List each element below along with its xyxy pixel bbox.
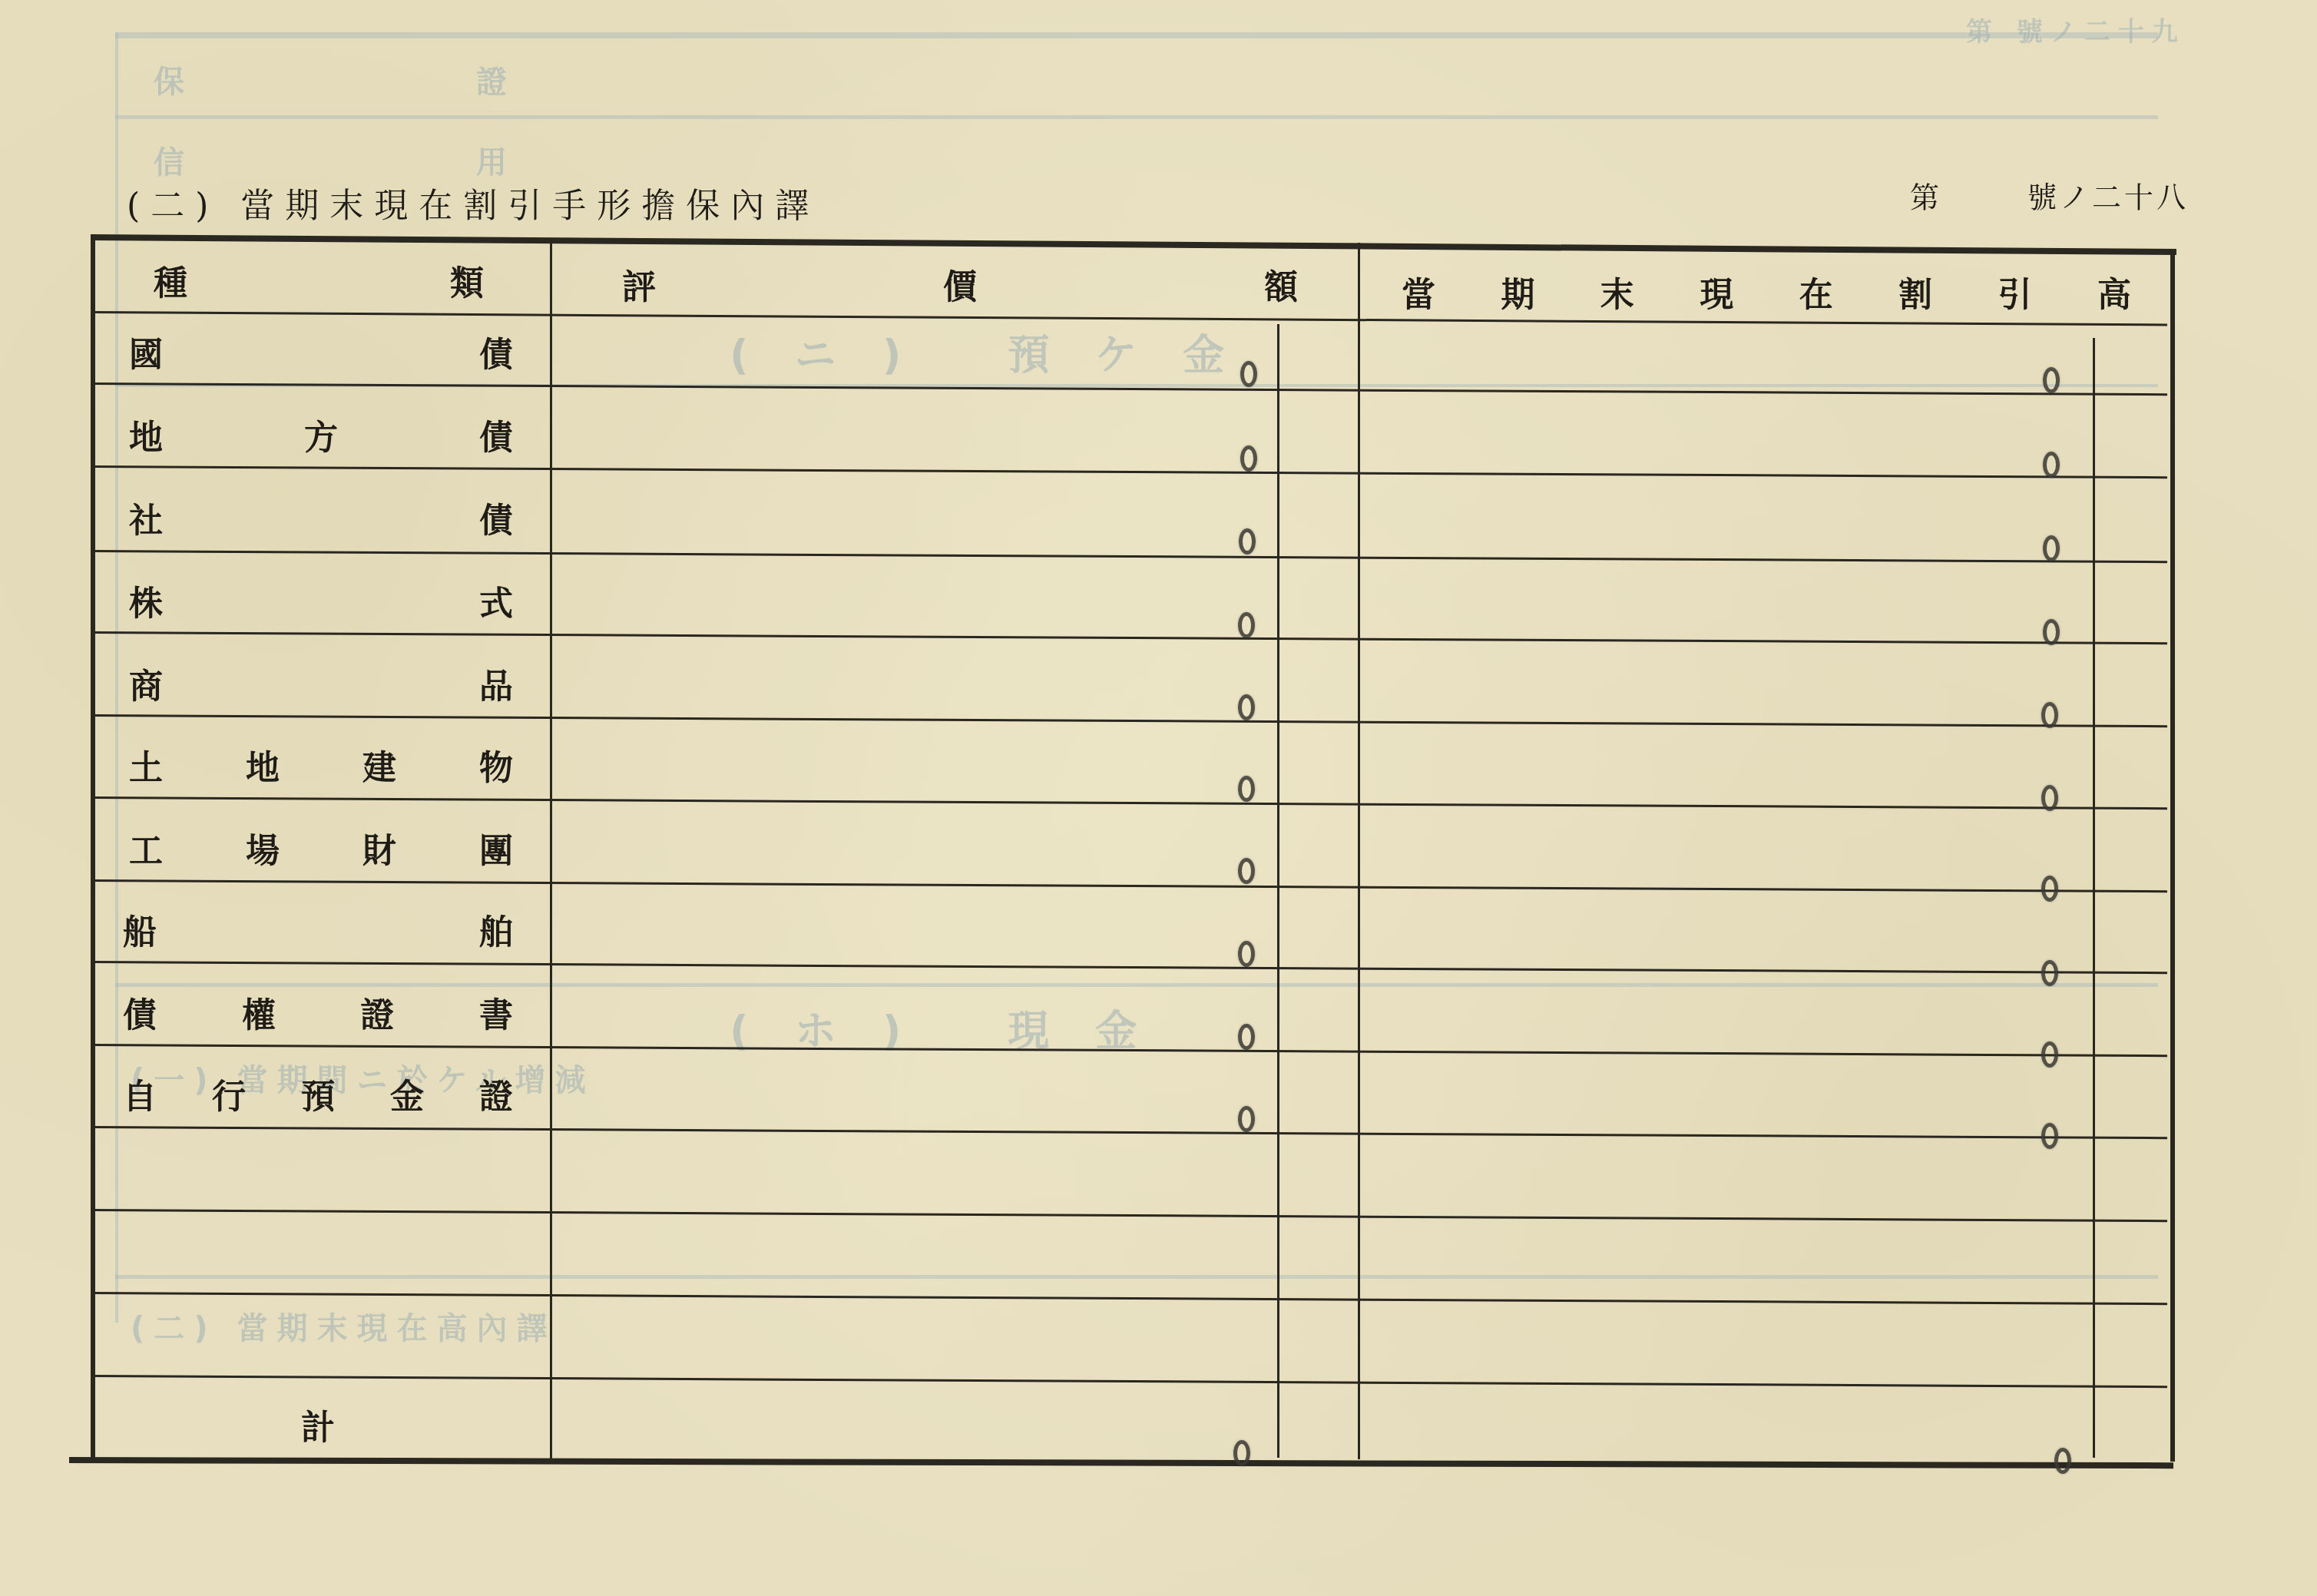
- bleed-through-page-number: 第 號ノ二十九: [1966, 11, 2186, 48]
- valuation-zero-land-buildings: [1238, 776, 1255, 802]
- discount-zero-corporate-bonds: [2043, 535, 2060, 561]
- discount-zero-national-bonds: [2043, 367, 2060, 393]
- row-label-land-buildings: 土地建物: [129, 736, 513, 793]
- label-char: 金: [390, 1069, 424, 1118]
- label-char: 價: [943, 260, 977, 309]
- valuation-zero-national-bonds: [1240, 361, 1257, 387]
- valuation-zero-local-bonds: [1240, 445, 1257, 472]
- label-char: 場: [246, 823, 280, 873]
- discount-zero-stocks: [2043, 619, 2060, 645]
- table-left-border: [91, 234, 95, 1461]
- row-label-local-bonds: 地方債: [129, 406, 513, 463]
- row-label-debt-certificates: 債權證書: [123, 983, 513, 1041]
- row-divider: [94, 1375, 2167, 1388]
- valuation-zero-corporate-bonds: [1239, 528, 1256, 555]
- label-char: 船: [123, 905, 157, 954]
- row-divider: [94, 1126, 2167, 1139]
- label-char: 種: [154, 256, 187, 305]
- column-divider-type: [550, 240, 552, 1459]
- label-char: 引: [1998, 267, 2032, 316]
- column-divider-valuation: [1358, 243, 1360, 1459]
- row-divider: [94, 1292, 2167, 1305]
- label-char: 書: [479, 988, 513, 1037]
- bleed-through-line: [115, 115, 2158, 119]
- label-char: 割: [1898, 267, 1932, 316]
- label-char: 當: [1402, 267, 1435, 316]
- table-right-border: [2170, 250, 2175, 1462]
- valuation-zero-commodities: [1238, 694, 1255, 720]
- valuation-zero-factory-foundation: [1238, 858, 1255, 884]
- subcolumn-divider-valuation: [1277, 324, 1279, 1458]
- row-label-factory-foundation: 工場財團: [129, 819, 513, 876]
- label-char: 評: [622, 260, 656, 309]
- label-char: 現: [1700, 267, 1733, 316]
- header-valuation: 評價額: [622, 257, 1298, 311]
- bleed-through-line: [115, 32, 2158, 38]
- row-divider: [94, 465, 2167, 478]
- page-number-suffix: 號ノ二十八: [2027, 174, 2189, 216]
- bleed-through-label: 信用: [154, 138, 799, 182]
- label-char: 債: [479, 493, 513, 542]
- bleed-through-label: 保證: [154, 58, 799, 101]
- discount-zero-land-buildings: [2041, 785, 2058, 811]
- valuation-zero-own-deposit-certificates: [1238, 1106, 1255, 1132]
- valuation-zero-debt-certificates: [1238, 1024, 1255, 1050]
- label-char: 債: [123, 988, 157, 1037]
- label-char: 證: [360, 988, 394, 1037]
- valuation-zero-total: [1233, 1440, 1250, 1466]
- label-char: 財: [362, 823, 396, 873]
- label-char: 地: [129, 410, 163, 459]
- label-char: 物: [479, 740, 513, 790]
- label-char: 權: [242, 988, 276, 1037]
- row-divider: [94, 796, 2167, 810]
- row-label-ships: 船舶: [123, 900, 513, 958]
- row-label-text: 計: [301, 1400, 335, 1449]
- label-char: 末: [1600, 267, 1634, 316]
- label-char: 土: [129, 740, 163, 790]
- subcolumn-divider-discount: [2093, 338, 2095, 1458]
- label-char: 類: [450, 256, 484, 305]
- bleed-through-line: [115, 32, 118, 1323]
- bleed-through-label: (二) 當期末現在高內譯: [131, 1304, 557, 1348]
- label-char: 在: [1799, 267, 1833, 316]
- row-divider: [94, 631, 2167, 644]
- discount-zero-own-deposit-certificates: [2041, 1123, 2058, 1149]
- label-char: 社: [129, 493, 163, 542]
- label-char: 額: [1264, 260, 1298, 309]
- header-discount-balance: 當期末現在割引高: [1402, 265, 2131, 319]
- label-char: 團: [479, 823, 513, 873]
- bleed-through-line: [115, 1275, 2158, 1279]
- row-label-corporate-bonds: 社債: [129, 488, 513, 546]
- discount-zero-total: [2054, 1448, 2071, 1474]
- label-char: 債: [479, 410, 513, 459]
- label-char: 行: [212, 1069, 246, 1118]
- discount-zero-factory-foundation: [2041, 876, 2058, 902]
- label-char: 自: [123, 1069, 157, 1118]
- label-char: 舶: [479, 905, 513, 954]
- label-char: 債: [479, 327, 513, 376]
- label-char: 建: [362, 740, 396, 790]
- label-char: 品: [479, 659, 513, 708]
- bleed-through-label: (ニ) 預ケ金: [730, 323, 1270, 382]
- row-label-commodities: 商品: [129, 654, 513, 712]
- label-char: 地: [246, 740, 280, 790]
- label-char: 商: [129, 659, 163, 708]
- label-char: 方: [304, 410, 338, 459]
- label-char: 期: [1501, 267, 1534, 316]
- row-divider: [94, 1209, 2167, 1222]
- label-char: 預: [301, 1069, 335, 1118]
- row-label-national-bonds: 國債: [129, 323, 513, 380]
- row-label-own-deposit-certificates: 自行預金證: [123, 1065, 513, 1122]
- label-char: 株: [129, 576, 163, 625]
- row-divider: [94, 714, 2167, 727]
- table-bottom-border: [69, 1457, 2173, 1469]
- valuation-zero-stocks: [1238, 612, 1255, 638]
- label-char: 高: [2097, 267, 2131, 316]
- label-char: 國: [129, 327, 163, 376]
- row-divider: [94, 550, 2167, 563]
- label-char: 證: [479, 1069, 513, 1118]
- discount-zero-debt-certificates: [2041, 1041, 2058, 1068]
- discount-zero-ships: [2041, 960, 2058, 986]
- discount-zero-local-bonds: [2043, 452, 2060, 478]
- row-label-stocks: 株式: [129, 571, 513, 629]
- row-label-total: 計: [123, 1396, 513, 1453]
- header-type: 種類: [154, 253, 484, 307]
- discount-zero-commodities: [2041, 702, 2058, 728]
- page-number-prefix: 第: [1910, 174, 1939, 216]
- label-char: 式: [479, 576, 513, 625]
- row-divider: [94, 961, 2167, 974]
- row-divider: [94, 879, 2167, 892]
- valuation-zero-ships: [1238, 941, 1255, 967]
- section-title: (二) 當期末現在割引手形擔保內譯: [127, 178, 819, 227]
- label-char: 工: [129, 823, 163, 873]
- table-top-border: [91, 234, 2176, 255]
